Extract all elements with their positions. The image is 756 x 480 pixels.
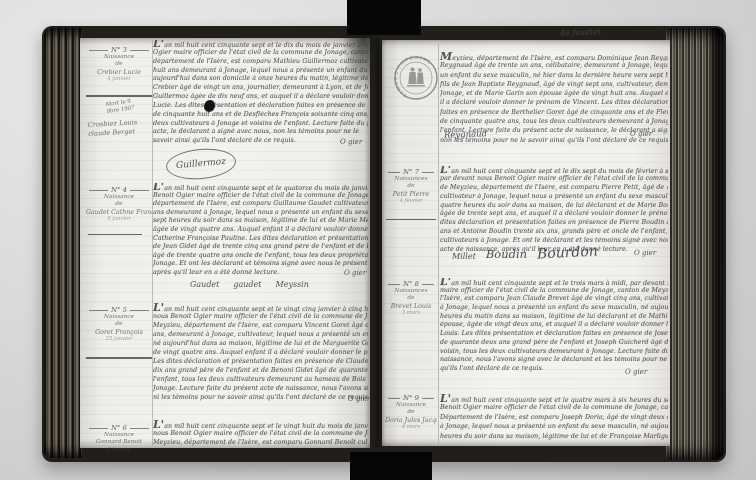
right-page-margin-rule (438, 44, 439, 444)
entry-4-body-text: L'an mil huit cent cinquante sept et le … (153, 183, 368, 278)
entry-8-margin: N° 8 NaissancesdeBrevet Louis3 mars (385, 280, 437, 317)
signature-boudin: Boudin (486, 247, 527, 261)
entry-4-officer-signature: O gier (344, 269, 366, 277)
entry-7-signatures: Millet Boudin Bourdon (452, 245, 598, 261)
entry-5-margin-divider (86, 357, 152, 359)
signature-gaudet-2: gaudet (233, 280, 261, 289)
entry-3-number: N° 3 (86, 46, 152, 54)
binding-clamp-top (347, 0, 421, 35)
entry-4-margin: N° 4 NaissancedeGaudet Cathne Françoise9… (86, 186, 152, 223)
entry-4-number: N° 4 (86, 186, 152, 194)
entry-5-number: N° 5 (86, 306, 152, 314)
entry-7-margin-divider (386, 219, 436, 220)
entry-5-body-text: L'an mil huit cent cinquante sept et le … (153, 303, 368, 402)
scanned-register-page: N° 3 NaissancedeCrebier Lucie4 janvier M… (0, 0, 756, 480)
entry-5-officer-signature: O gier (348, 395, 370, 403)
entry-8-body-text: L'an mil huit cent cinquante sept et le … (440, 278, 668, 374)
signature-meyssin: Meyssin (276, 280, 309, 289)
entry-9-margin: N° 9 NaissancedeDoria Jules Jacques4 mar… (385, 394, 437, 431)
entry-5-margin-lines: NaissancedeGoret François25 janvier (86, 314, 152, 343)
entry-4-margin-lines: NaissancedeGaudet Cathne Françoise9 janv… (86, 194, 152, 223)
left-page-stack-edge (44, 28, 82, 458)
entry-3-name-note: Crosbiez Louisclaude Berget (88, 117, 161, 139)
entry-9-body-text: L'an mil huit cent cinquante sept et le … (440, 394, 668, 441)
entry-7-margin: N° 7 NaissancesdePetit Pierre4 février (385, 168, 437, 205)
entry-3-margin-lines: NaissancedeCrebier Lucie4 janvier (86, 54, 152, 83)
entry-7-officer-signature: O gier (634, 249, 656, 257)
signature-gaudet-1: Gaudet (190, 280, 219, 289)
signature-millet: Millet (452, 252, 476, 261)
entry-3-margin: N° 3 NaissancedeCrebier Lucie4 janvier (86, 46, 152, 83)
folio-label: 4e feuillet (560, 27, 601, 37)
entry-7-body-text: L'an mil huit cent cinquante sept et le … (440, 166, 668, 255)
entry-6-margin: N° 6 NaissanceGonnard Benoît2 février (86, 424, 152, 454)
entry-6-body-text: L'an mil huit cent cinquante sept et le … (153, 420, 368, 448)
signature-reygnaud: Reygnaud (444, 129, 487, 140)
entry-6-margin-lines: NaissanceGonnard Benoît2 février (86, 432, 152, 454)
entry-8-number: N° 8 (385, 280, 437, 288)
entry-3-officer-signature: O gier (340, 138, 362, 146)
entry-7-number: N° 7 (385, 168, 437, 176)
signature-bourdon: Bourdon (537, 243, 599, 262)
continuation-officer-signature: O gier (630, 130, 652, 138)
entry-4-margin-divider (88, 234, 142, 235)
continuation-signatures: Reygnaud (444, 129, 487, 140)
entry-8-officer-signature: O gier (625, 368, 647, 376)
entry-9-number: N° 9 (385, 394, 437, 402)
notarial-stamp-icon: TIMBRE IMPÉRIAL (393, 55, 439, 101)
binding-clamp-bottom (350, 452, 432, 480)
entry-7-margin-lines: NaissancesdePetit Pierre4 février (385, 176, 437, 205)
entry-3-body-text: L'an mil huit cent cinquante sept et le … (153, 40, 368, 146)
right-page-stack-edge (666, 28, 724, 460)
entry-6-number: N° 6 (86, 424, 152, 432)
entry-5-margin: N° 5 NaissancedeGoret François25 janvier (86, 306, 152, 343)
entry-4-signatures: Gaudet gaudet Meyssin (190, 280, 309, 289)
entry-8-margin-lines: NaissancesdeBrevet Louis3 mars (385, 288, 437, 317)
entry-9-margin-lines: NaissancedeDoria Jules Jacques4 mars (385, 402, 437, 431)
